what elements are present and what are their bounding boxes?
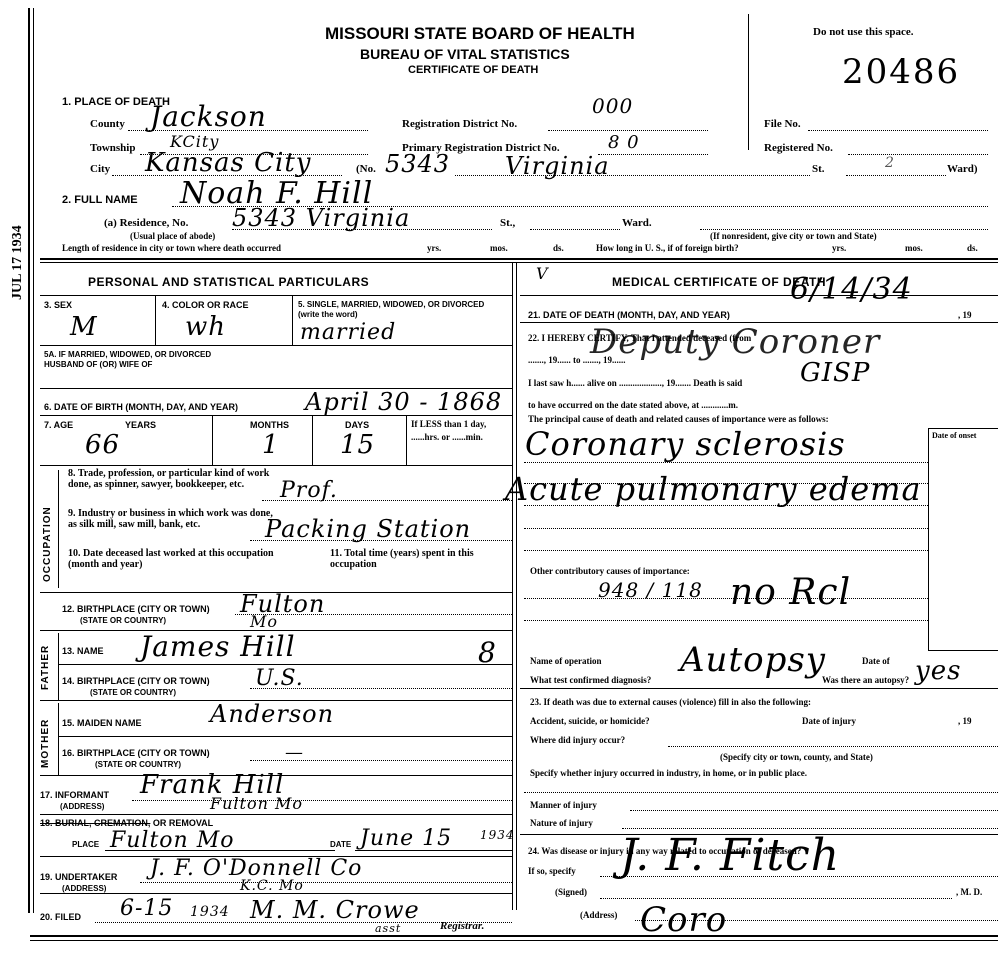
total-time-label: 11. Total time (years) spent in this occ… [330,548,510,570]
certificate-number: 20486 [842,52,960,92]
burial-year-value: 1934 [480,828,515,842]
date-of-death-label: 21. DATE OF DEATH (MONTH, DAY, AND YEAR) [528,310,730,320]
burial-date-label: DATE [330,840,351,849]
father-birthplace-sublabel: (STATE OR COUNTRY) [90,688,176,697]
registrar-asst: asst [375,922,401,935]
ward-value: 2 [885,155,895,171]
md-label: , M. D. [956,887,982,897]
foreign-birth-label: How long in U. S., if of foreign birth? [596,243,739,253]
operation-date-label: Date of [862,656,890,666]
date-of-onset-label: Date of onset [932,431,976,440]
cause-of-death-1: Coronary sclerosis [525,425,846,463]
principal-cause-label: The principal cause of death and related… [528,414,829,424]
physician-address-value: Coro [640,900,727,940]
filed-date-value: 6-15 [120,896,173,921]
registration-district-label: Registration District No. [402,118,517,130]
filed-year-value: 1934 [190,904,230,920]
autopsy-value: yes [915,656,961,686]
burial-label: 18. BURIAL, CREMATION, OR REMOVAL [40,818,213,828]
undertaker-label: 19. UNDERTAKER [40,872,117,882]
yrs-label: yrs. [427,243,441,253]
residence-label: (a) Residence, No. [104,217,188,229]
maiden-name-value: Anderson [210,700,334,728]
signed-label: (Signed) [555,887,587,897]
county-label: County [90,118,125,130]
maiden-name-label: 15. MAIDEN NAME [62,718,142,728]
injury-19: , 19 [958,716,972,726]
race-label: 4. COLOR OR RACE [162,300,249,310]
bureau-subtitle: BUREAU OF VITAL STATISTICS [360,46,570,62]
burial-date-value: June 15 [360,826,452,851]
injury-date-label: Date of injury [802,716,856,726]
marital-status-value: married [300,320,396,345]
father-birthplace-value: U.S. [255,666,304,691]
registration-district-value: 000 [592,94,633,118]
informant-address-value: Fulton Mo [210,794,303,813]
father-side-label: FATHER [40,645,51,690]
residence-st-label: St., [500,217,515,229]
trade-label: 8. Trade, profession, or particular kind… [68,468,288,490]
date-of-death-value: 6/14/34 [790,272,913,307]
received-date-stamp: JUL 17 1934 [10,225,26,300]
file-no-label: File No. [764,118,801,130]
coroner-initials: GISP [800,358,870,388]
age-label: 7. AGE [44,420,73,430]
age-days-label: DAYS [345,420,369,430]
operation-label: Name of operation [530,656,602,666]
full-name-label: 2. FULL NAME [62,194,138,206]
physician-signature: J. F. Fitch [620,830,840,881]
foreign-mos-label: mos. [905,243,923,253]
accident-label: Accident, suicide, or homicide? [530,716,650,726]
sex-value: M [70,312,98,342]
township-label: Township [90,142,135,154]
mos-label: mos. [490,243,508,253]
city-label: City [90,163,110,175]
form-name: CERTIFICATE OF DEATH [408,64,538,76]
industry-label: 9. Industry or business in which work wa… [68,508,283,530]
nature-of-injury-label: Nature of injury [530,818,593,828]
deputy-coroner-stamp: Deputy Coroner [590,322,880,362]
industry-value: Packing Station [265,515,471,543]
less-than-day-label: If LESS than 1 day, ......hrs. or ......… [411,418,509,444]
age-months-label: MONTHS [250,420,289,430]
informant-label: 17. INFORMANT [40,790,109,800]
registered-no-label: Registered No. [764,142,833,154]
test-confirmed-value: Autopsy [680,640,826,680]
residence-ward-label: Ward. [622,217,652,229]
section-divider [40,258,998,260]
mother-birthplace-label: 16. BIRTHPLACE (CITY OR TOWN) [62,748,210,758]
last-worked-label: 10. Date deceased last worked at this oc… [68,548,283,570]
specify-place-note: (Specify city or town, county, and State… [720,752,873,762]
age-years-label: YEARS [125,420,156,430]
spouse-label: 5A. IF MARRIED, WIDOWED, OR DIVORCED HUS… [44,350,244,370]
primary-registration-value: 8 0 [608,132,640,153]
where-injury-label: Where did injury occur? [530,735,625,745]
abode-note: (Usual place of abode) [130,231,215,241]
personal-section-title: PERSONAL AND STATISTICAL PARTICULARS [88,275,369,289]
ward-label: Ward) [947,163,978,175]
father-birthplace-label: 14. BIRTHPLACE (CITY OR TOWN) [62,676,210,686]
nonresident-note: (If nonresident, give city or town and S… [710,231,877,241]
age-years-value: 66 [85,430,120,460]
burial-place-label: PLACE [72,840,99,849]
foreign-yrs-label: yrs. [832,243,846,253]
ds-label: ds. [553,243,564,253]
mother-birthplace-value: — [285,742,304,763]
birthplace-state-value: Mo [250,612,278,631]
primary-registration-label: Primary Registration District No. [402,142,560,154]
date-of-birth-value: April 30 - 1868 [305,388,502,416]
county-value: Jackson [150,100,267,133]
undertaker-address-value: K.C. Mo [240,878,304,894]
trade-value: Prof. [280,478,338,503]
birthplace-label: 12. BIRTHPLACE (CITY OR TOWN) [62,604,210,614]
autopsy-label: Was there an autopsy? [822,675,909,685]
street-no-value: 5343 [385,150,450,178]
board-title: MISSOURI STATE BOARD OF HEALTH [325,24,635,44]
sex-label: 3. SEX [44,300,72,310]
age-days-value: 15 [340,430,375,460]
left-margin-rule-inner [33,8,34,913]
mother-side-label: MOTHER [40,719,51,768]
birthplace-sublabel: (STATE OR COUNTRY) [80,616,166,625]
father-name-value: James Hill [140,630,296,663]
specify-whether-label: Specify whether injury occurred in indus… [530,768,807,778]
st-label: St. [812,163,825,175]
date-of-birth-label: 6. DATE OF BIRTH (MONTH, DAY, AND YEAR) [44,402,238,412]
do-not-use-note: Do not use this space. [813,26,914,38]
occurred-label: to have occurred on the date stated abov… [528,400,738,410]
undertaker-address-label: (ADDRESS) [62,884,106,893]
street-no-label: (No. [356,163,376,175]
length-of-residence-label: Length of residence in city or town wher… [62,243,281,253]
left-margin-rule [28,8,30,913]
address-label: (Address) [580,910,617,920]
if-so-specify-label: If so, specify [528,866,576,876]
external-causes-label: 23. If death was due to external causes … [530,697,811,707]
date-of-death-19: , 19 [958,310,972,320]
occupation-side-label: OCCUPATION [42,506,53,582]
contributory-causes-label: Other contributory causes of importance: [530,566,690,576]
foreign-ds-label: ds. [967,243,978,253]
cause-of-death-2: Acute pulmonary edema [505,470,922,508]
header-divider [748,14,749,150]
test-confirmed-label: What test confirmed diagnosis? [530,675,651,685]
race-value: wh [185,312,226,342]
registrar-signature: M. M. Crowe [250,896,420,924]
residence-value: 5343 Virginia [232,204,410,232]
contributory-value: no Rcl [730,572,851,613]
last-saw-label: I last saw h...... alive on ............… [528,378,998,388]
manner-of-injury-label: Manner of injury [530,800,597,810]
burial-cremation-struck: 18. BURIAL, CREMATION, [40,818,150,828]
filed-label: 20. FILED [40,912,81,922]
informant-address-label: (ADDRESS) [60,802,104,811]
father-name-label: 13. NAME [62,646,104,656]
mother-birthplace-sublabel: (STATE OR COUNTRY) [95,760,181,769]
city-value: Kansas City [145,148,311,178]
check-mark: V [536,264,549,283]
age-months-value: 1 [262,430,280,460]
contributory-code: 948 / 118 [598,578,703,602]
marital-status-label: 5. SINGLE, MARRIED, WIDOWED, OR DIVORCED… [298,300,498,320]
burial-place-value: Fulton Mo [110,828,235,853]
registrar-label: Registrar. [440,920,484,932]
